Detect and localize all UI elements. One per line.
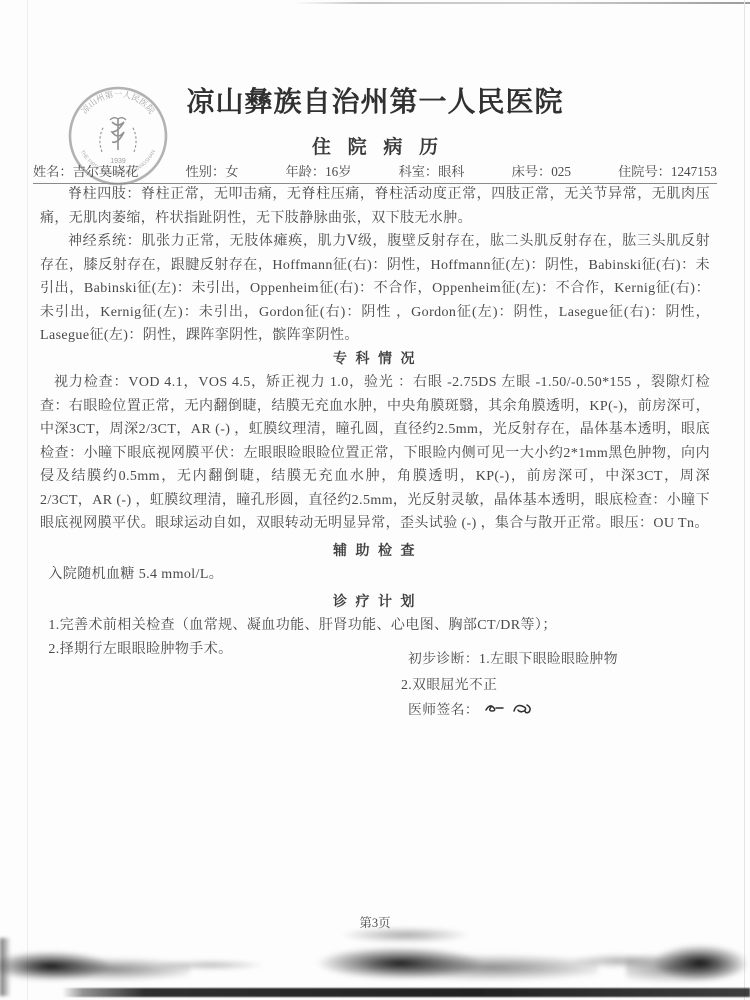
patient-sex-label: 性别： <box>186 164 226 179</box>
diagnosis-item: 2.双眼屈光不正 <box>401 672 618 698</box>
scan-artifact-smudge-left-tail <box>150 958 300 972</box>
scan-artifact-bottom-bar <box>62 988 750 997</box>
scan-artifact-top-line <box>295 2 750 4</box>
medical-record-page: 凉山州第一人民医院 THE FIRST HOSPITAL OF LIANGSHA… <box>0 0 750 1000</box>
patient-name-field: 姓名：吉尔莫晓花 <box>33 161 139 180</box>
paragraph-spine-limbs: 脊柱四肢：脊柱正常，无叩击痛，无脊柱压痛，脊柱活动度正常，四肢正常，无关节异常，… <box>40 183 710 230</box>
scan-artifact-smudge-right <box>626 938 750 988</box>
plan-item: 1.完善术前相关检查（血常规、凝血功能、肝肾功能、心电图、胸部CT/DR等）； <box>40 614 710 638</box>
signature-line: 医师签名： <box>408 697 618 723</box>
patient-admission-value: 1247153 <box>671 164 717 179</box>
patient-name-value: 吉尔莫晓花 <box>73 164 139 179</box>
patient-admission-label: 住院号： <box>618 164 671 179</box>
hospital-name: 凉山彝族自治州第一人民医院 <box>0 86 750 120</box>
document-title: 住 院 病 历 <box>0 132 750 159</box>
patient-bed-field: 床号：025 <box>512 161 571 180</box>
patient-sex-field: 性别：女 <box>186 161 239 180</box>
patient-sex-value: 女 <box>225 164 238 179</box>
doctor-signature <box>483 699 541 717</box>
patient-dept-value: 眼科 <box>438 164 464 179</box>
paragraph-auxiliary-exam: 入院随机血糖 5.4 mmol/L。 <box>40 563 710 587</box>
patient-bed-label: 床号： <box>512 164 552 179</box>
patient-dept-label: 科室： <box>399 164 439 179</box>
patient-age-value: 16岁 <box>325 164 351 179</box>
header: 凉山彝族自治州第一人民医院 住 院 病 历 <box>0 86 750 159</box>
diagnosis-block: 初步诊断：1.左眼下眼睑眼睑肿物 2.双眼屈光不正 医师签名： <box>408 646 618 723</box>
record-body: 脊柱四肢：脊柱正常，无叩击痛，无脊柱压痛，脊柱活动度正常，四肢正常，无关节异常，… <box>40 183 710 661</box>
diagnosis-label: 初步诊断： <box>408 651 479 666</box>
scan-artifact-left-edge-mark <box>0 938 11 996</box>
paragraph-specialty-exam: 视力检查：VOD 4.1，VOS 4.5，矫正视力 1.0，验光 ：右眼 -2.… <box>40 371 710 536</box>
signature-label: 医师签名： <box>408 702 479 717</box>
patient-age-label: 年龄： <box>286 164 326 179</box>
diagnosis-item: 1.左眼下眼睑眼睑肿物 <box>479 651 618 666</box>
patient-name-label: 姓名： <box>33 164 73 179</box>
section-heading-auxiliary: 辅 助 检 查 <box>40 540 710 564</box>
section-heading-specialty: 专 科 情 况 <box>40 348 710 372</box>
patient-dept-field: 科室：眼科 <box>399 161 465 180</box>
paragraph-nervous-system: 神经系统：肌张力正常，无肢体瘫痪，肌力Ⅴ级，腹壁反射存在，肱二头肌反射存在，肱三… <box>40 230 710 348</box>
diagnosis-line-1: 初步诊断：1.左眼下眼睑眼睑肿物 <box>408 646 618 672</box>
section-heading-plan: 诊 疗 计 划 <box>40 591 710 615</box>
patient-admission-field: 住院号：1247153 <box>618 161 717 180</box>
patient-info-row: 姓名：吉尔莫晓花 性别：女 年龄：16岁 科室：眼科 床号：025 住院号：12… <box>33 161 717 184</box>
patient-age-field: 年龄：16岁 <box>286 161 352 180</box>
patient-bed-value: 025 <box>551 164 571 179</box>
